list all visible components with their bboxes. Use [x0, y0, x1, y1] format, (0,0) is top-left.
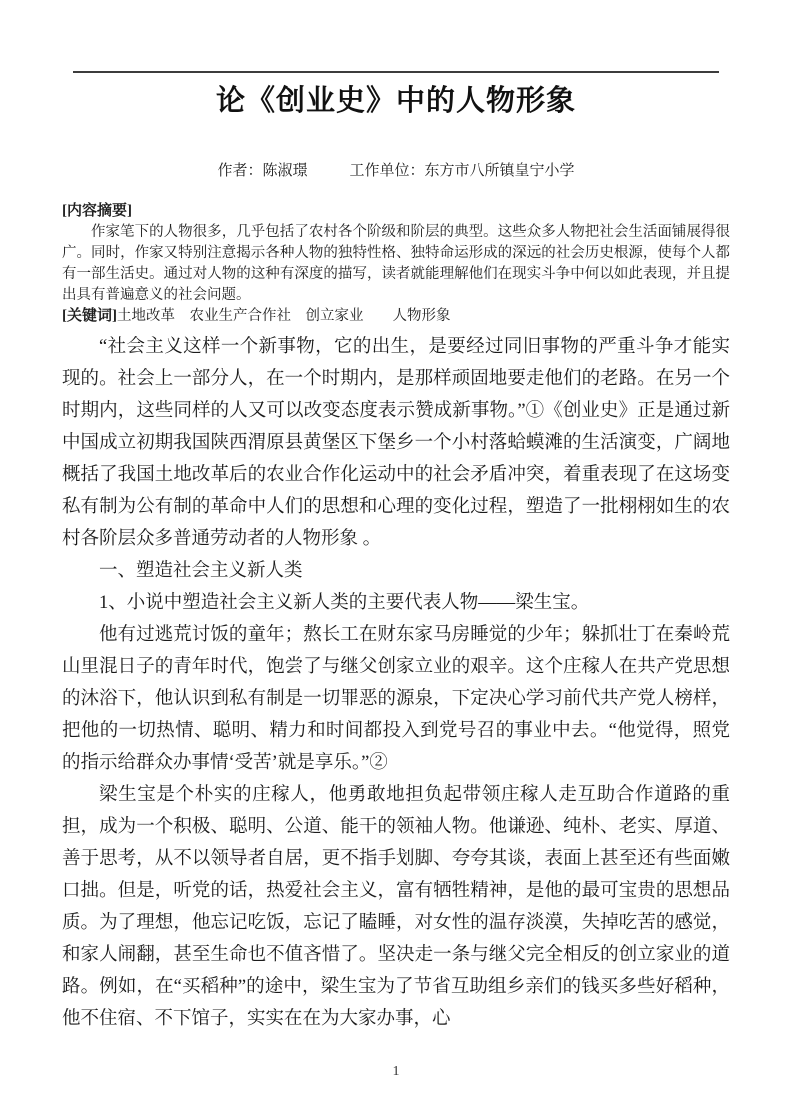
page-number: 1: [0, 1064, 792, 1080]
work-unit: 工作单位：东方市八所镇皇宁小学: [350, 163, 575, 179]
keywords-text: 土地改革 农业生产合作社 创立家业 人物形象: [117, 308, 451, 324]
section-heading: 一、塑造社会主义新人类: [62, 555, 730, 587]
author-name: 作者：陈淑璟: [217, 163, 307, 179]
body-paragraph-liangshengbao-character: 梁生宝是个朴实的庄稼人，他勇敢地担负起带领庄稼人走互助合作道路的重担，成为一个积…: [62, 779, 730, 1035]
body-paragraph-intro: “社会主义这样一个新事物，它的出生，是要经过同旧事物的严重斗争才能实现的。社会上…: [62, 331, 730, 555]
byline: 作者：陈淑璟工作单位：东方市八所镇皇宁小学: [0, 159, 792, 180]
document-page: 论《创业史》中的人物形象 作者：陈淑璟工作单位：东方市八所镇皇宁小学 [内容摘要…: [0, 0, 792, 1120]
document-title: 论《创业史》中的人物形象: [0, 78, 792, 119]
abstract-text: 作家笔下的人物很多，几乎包括了农村各个阶级和阶层的典型。这些众多人物把社会生活面…: [62, 222, 730, 306]
body-paragraph-liangshengbao-history: 他有过逃荒讨饭的童年；熬长工在财东家马房睡觉的少年；躲抓壮丁在秦岭荒山里混日子的…: [62, 619, 730, 779]
abstract-heading: [内容摘要]: [62, 201, 730, 222]
keywords-line: [关键词]土地改革 农业生产合作社 创立家业 人物形象: [62, 306, 730, 327]
main-body: “社会主义这样一个新事物，它的出生，是要经过同旧事物的严重斗争才能实现的。社会上…: [62, 331, 730, 1035]
keywords-label: [关键词]: [62, 308, 117, 324]
header-rule-divider: [73, 71, 719, 73]
abstract-section: [内容摘要] 作家笔下的人物很多，几乎包括了农村各个阶级和阶层的典型。这些众多人…: [62, 201, 730, 327]
subsection-heading: 1、小说中塑造社会主义新人类的主要代表人物——梁生宝。: [62, 587, 730, 619]
